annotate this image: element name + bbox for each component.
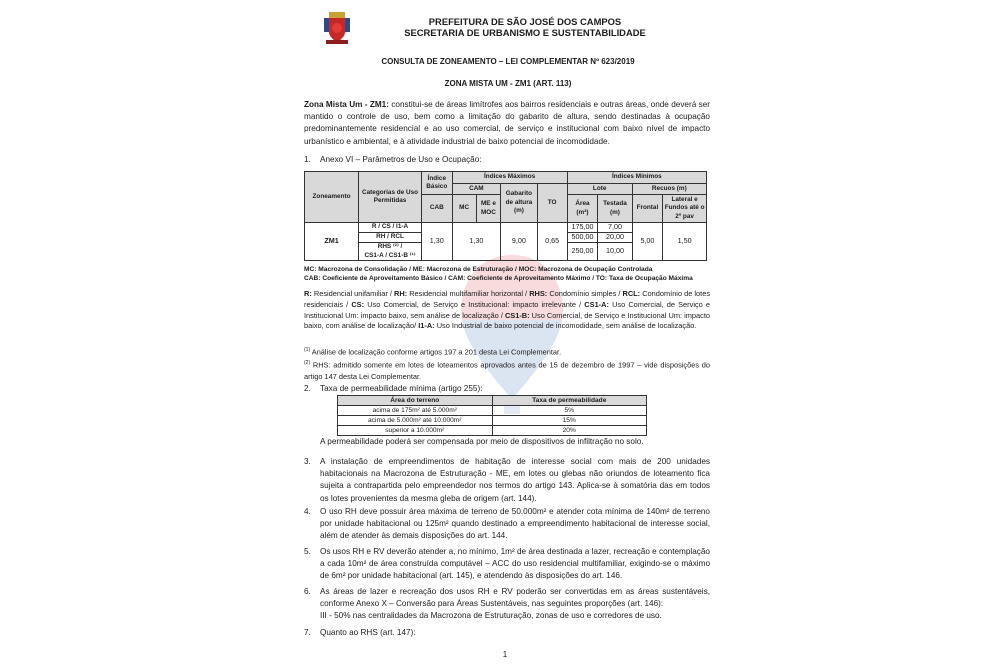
cell-area-3: 250,00 — [567, 243, 598, 261]
header-cab: CAB — [422, 195, 453, 223]
cell-gabarito: 9,00 — [501, 223, 537, 261]
header-indices-minimos: Índices Mínimos — [567, 172, 706, 184]
legend-text: Uso Comercial, de Serviço e Instituciona… — [364, 300, 584, 309]
section-2-heading: 2. Taxa de permeabilidade mínima (artigo… — [304, 383, 710, 395]
legend-key: CS: — [351, 300, 364, 309]
legend-key: RH: — [394, 289, 407, 298]
department-name: SECRETARIA DE URBANISMO E SUSTENTABILIDA… — [330, 27, 720, 38]
legend-key: I1-A: — [418, 321, 434, 330]
item-number: 5. — [304, 546, 311, 558]
zone-description: Zona Mista Um - ZM1: constitui-se de áre… — [304, 99, 710, 148]
list-item: 6. As áreas de lazer e recreação dos uso… — [304, 586, 710, 623]
permeability-table: Área do terreno Taxa de permeabilidade a… — [337, 395, 647, 436]
header-lateral: Lateral e Fundos até o 2º pav — [663, 195, 707, 223]
list-item: 3. A instalação de empreendimentos de ha… — [304, 456, 710, 505]
zoning-parameters-table: Zoneamento Categorias de Uso Permitidas … — [304, 171, 707, 261]
footnote-text: Análise de localização conforme artigos … — [310, 347, 561, 356]
table-row: acima de 175m² até 5.000m² 5% — [338, 406, 647, 416]
cell-area-1: 175,00 — [567, 223, 598, 233]
item-text: Os usos RH e RV deverão atender a, no mí… — [320, 546, 710, 583]
legend-text: Condomínio simples / — [547, 289, 622, 298]
table-row: superior a 10.000m² 20% — [338, 426, 647, 436]
item-number: 7. — [304, 627, 311, 639]
cell-testada-3: 10,00 — [598, 243, 632, 261]
header-zoneamento: Zoneamento — [305, 172, 359, 223]
header-taxa: Taxa de permeabilidade — [492, 396, 647, 406]
cell-area: acima de 5.000m² até 10.000m² — [338, 416, 493, 426]
use-category-legend: R: Residencial unifamiliar / RH: Residen… — [304, 289, 710, 332]
legend-text: Residencial unifamiliar / — [312, 289, 394, 298]
header-me-moc: ME e MOC — [476, 195, 501, 223]
table-abbreviations: MC: Macrozona de Consolidação / ME: Macr… — [304, 265, 710, 283]
org-name: PREFEITURA DE SÃO JOSÉ DOS CAMPOS — [330, 16, 720, 27]
section-number: 2. — [304, 383, 311, 395]
list-item: 4. O uso RH deve possuir área máxima de … — [304, 506, 710, 543]
cell-zone: ZM1 — [305, 223, 359, 261]
item-text: A instalação de empreendimentos de habit… — [320, 456, 710, 505]
cell-rate: 15% — [492, 416, 647, 426]
legend-key: CS1-A: — [584, 300, 609, 309]
header-recuos: Recuos (m) — [632, 184, 706, 195]
cell-rate: 20% — [492, 426, 647, 436]
cell-category-3: RHS ⁽²⁾ /CS1-A / CS1-B ⁽¹⁾ — [359, 243, 422, 261]
cell-cam: 1,30 — [452, 223, 501, 261]
cell-lateral: 1,50 — [663, 223, 707, 261]
legend-key: RHS: — [529, 289, 547, 298]
footnote-2: (2) RHS: admitido somente em lotes de lo… — [304, 358, 710, 382]
header-cam: CAM — [452, 184, 501, 195]
cell-area: superior a 10.000m² — [338, 426, 493, 436]
header-area-terreno: Área do terreno — [338, 396, 493, 406]
header-mc: MC — [452, 195, 476, 223]
legend-key: RCL: — [622, 289, 640, 298]
header-indices-maximos: Índices Máximos — [452, 172, 567, 184]
legend-key: CS1-B: — [505, 311, 530, 320]
item-number: 6. — [304, 586, 311, 598]
cell-category-2: RH / RCL — [359, 233, 422, 243]
header-categorias: Categorias de Uso Permitidas — [359, 172, 422, 223]
category-rhs: RHS ⁽²⁾ / — [378, 243, 403, 250]
section-1-heading: 1. Anexo VI – Parâmetros de Uso e Ocupaç… — [304, 154, 710, 166]
list-item: 7. Quanto ao RHS (art. 147): — [304, 627, 710, 639]
header-lote: Lote — [567, 184, 632, 195]
consult-title: CONSULTA DE ZONEAMENTO – LEI COMPLEMENTA… — [303, 57, 713, 66]
footnotes: (1) Análise de localização conforme arti… — [304, 345, 710, 382]
legend-text: Residencial multifamiliar horizontal / — [407, 289, 529, 298]
section-title: Taxa de permeabilidade mínima (artigo 25… — [320, 383, 710, 395]
list-item: 5. Os usos RH e RV deverão atender a, no… — [304, 546, 710, 583]
header-testada: Testada (m) — [598, 195, 632, 223]
cell-area: acima de 175m² até 5.000m² — [338, 406, 493, 416]
footnote-1: (1) Análise de localização conforme arti… — [304, 345, 710, 358]
zone-title: ZONA MISTA UM - ZM1 (ART. 113) — [303, 79, 713, 88]
cell-to: 0,65 — [537, 223, 567, 261]
header-gabarito: Gabarito de altura (m) — [501, 184, 537, 223]
cell-category-1: R / CS / I1-A — [359, 223, 422, 233]
item-subtext: III - 50% nas centralidades da Macrozona… — [320, 610, 710, 622]
cell-testada-2: 20,00 — [598, 233, 632, 243]
header-frontal: Frontal — [632, 195, 663, 223]
header-area: Área (m²) — [567, 195, 598, 223]
header-indice-basico: Índice Básico — [422, 172, 453, 195]
section-number: 1. — [304, 154, 311, 166]
abbrev-line-1: MC: Macrozona de Consolidação / ME: Macr… — [304, 265, 710, 274]
category-cs1: CS1-A / CS1-B ⁽¹⁾ — [365, 252, 416, 259]
section-title: Anexo VI – Parâmetros de Uso e Ocupação: — [320, 154, 710, 166]
footnote-text: RHS: admitido somente em lotes de loteam… — [304, 361, 710, 381]
table-row: acima de 5.000m² até 10.000m² 15% — [338, 416, 647, 426]
zone-description-lead: Zona Mista Um - ZM1: — [304, 100, 389, 109]
item-text: Quanto ao RHS (art. 147): — [320, 627, 710, 639]
cell-cab: 1,30 — [422, 223, 453, 261]
header-to: TO — [537, 184, 567, 223]
legend-key: R: — [304, 289, 312, 298]
cell-rate: 5% — [492, 406, 647, 416]
permeability-note: A permeabilidade poderá ser compensada p… — [320, 436, 710, 448]
item-number: 3. — [304, 456, 311, 468]
item-number: 4. — [304, 506, 311, 518]
abbrev-line-2: CAB: Coeficiente de Aproveitamento Básic… — [304, 274, 710, 283]
cell-frontal: 5,00 — [632, 223, 663, 261]
legend-text: Uso Industrial de baixo potencial de inc… — [435, 321, 697, 330]
item-text: As áreas de lazer e recreação dos usos R… — [320, 586, 710, 610]
item-text: O uso RH deve possuir área máxima de ter… — [320, 506, 710, 543]
page-number: 1 — [495, 650, 515, 659]
cell-testada-1: 7,00 — [598, 223, 632, 233]
cell-area-2: 500,00 — [567, 233, 598, 243]
